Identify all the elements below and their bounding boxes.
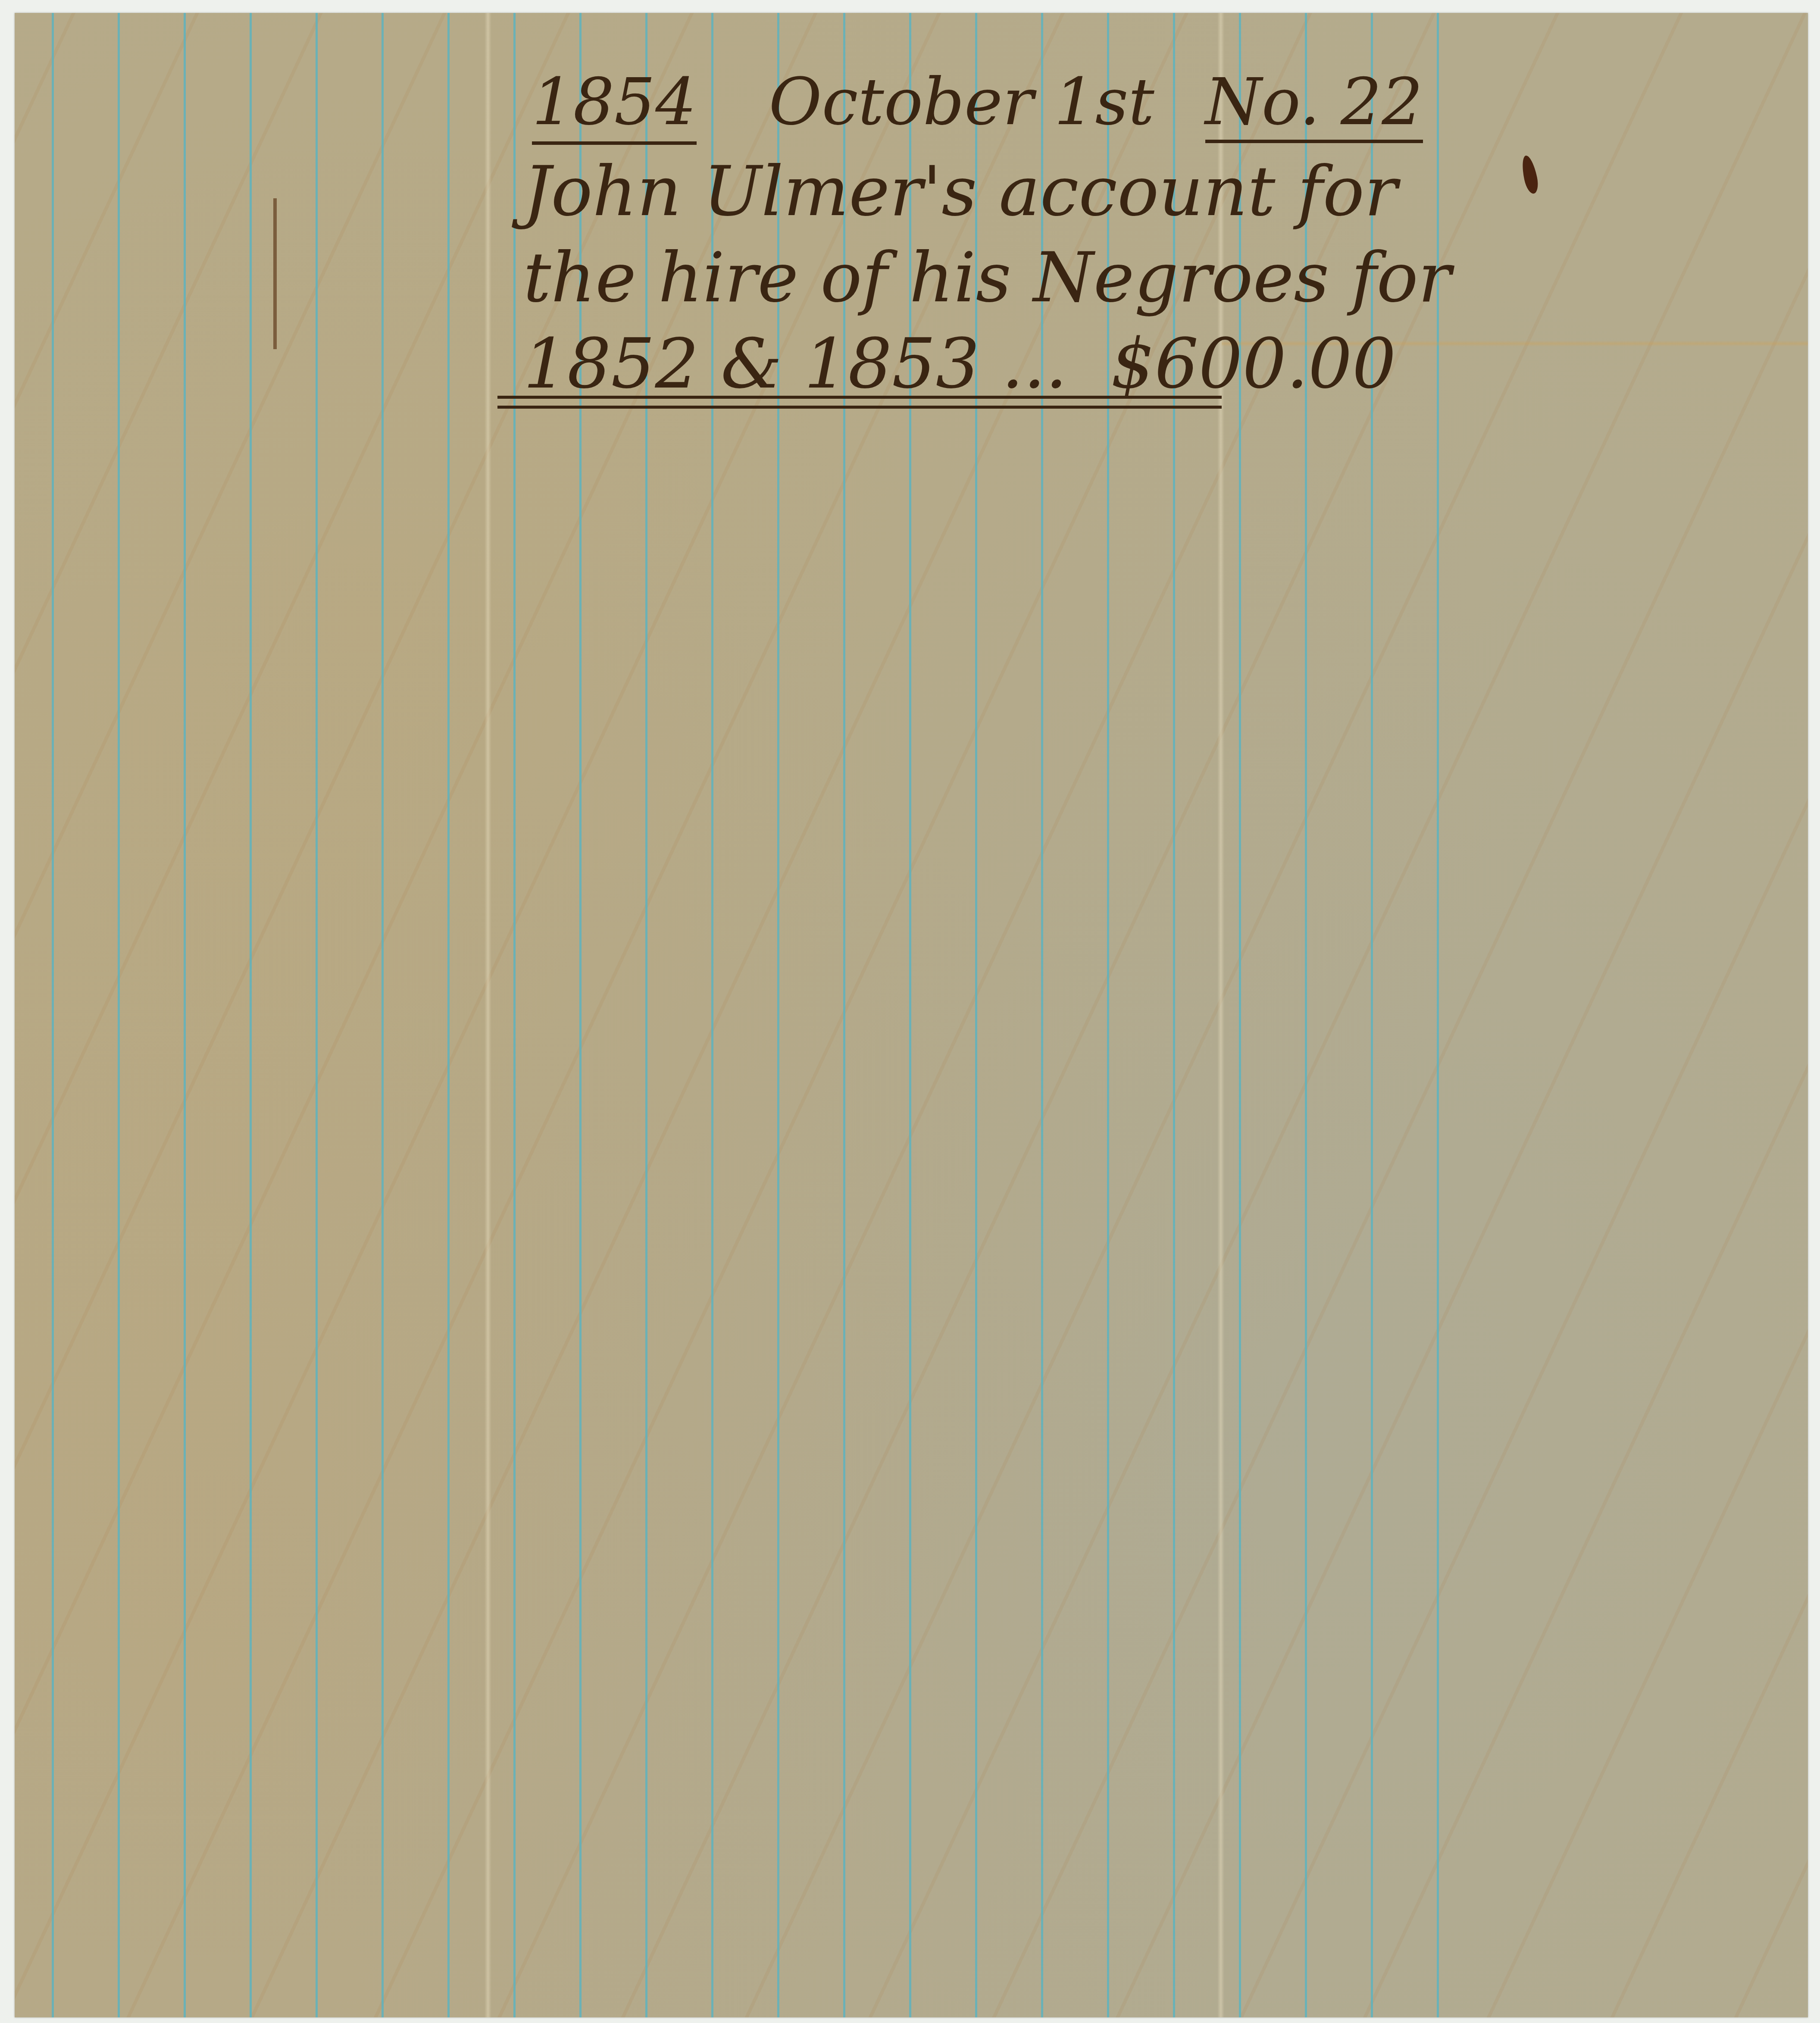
docket-line-2: John Ulmer's account for (523, 151, 1398, 231)
docket-number: No. 22 (1205, 65, 1423, 143)
rule-line (118, 13, 120, 2017)
docket-year: 1854 (532, 65, 697, 145)
rule-line (447, 13, 450, 2017)
rule-line (184, 13, 186, 2017)
ink-blot (1520, 154, 1540, 195)
docket-line-3: the hire of his Negroes for (523, 237, 1451, 318)
docket-line-4: 1852 & 1853 ... $600.00 (523, 323, 1396, 404)
docket-endorsement: 1854 October 1st No. 22 John Ulmer's acc… (515, 65, 1222, 410)
document-page: 1854 October 1st No. 22 John Ulmer's acc… (15, 13, 1808, 2017)
docket-header: 1854 October 1st No. 22 (532, 65, 1423, 145)
rule-line (52, 13, 54, 2017)
rule-line (316, 13, 318, 2017)
fold-crease (485, 13, 491, 2017)
double-underline (497, 396, 1222, 409)
docket-amount: $600.00 (1111, 323, 1396, 404)
docket-date: October 1st (769, 65, 1154, 140)
rule-line (250, 13, 252, 2017)
rule-line (382, 13, 384, 2017)
docket-years: 1852 & 1853 ... (523, 323, 1067, 404)
margin-mark (273, 198, 277, 349)
